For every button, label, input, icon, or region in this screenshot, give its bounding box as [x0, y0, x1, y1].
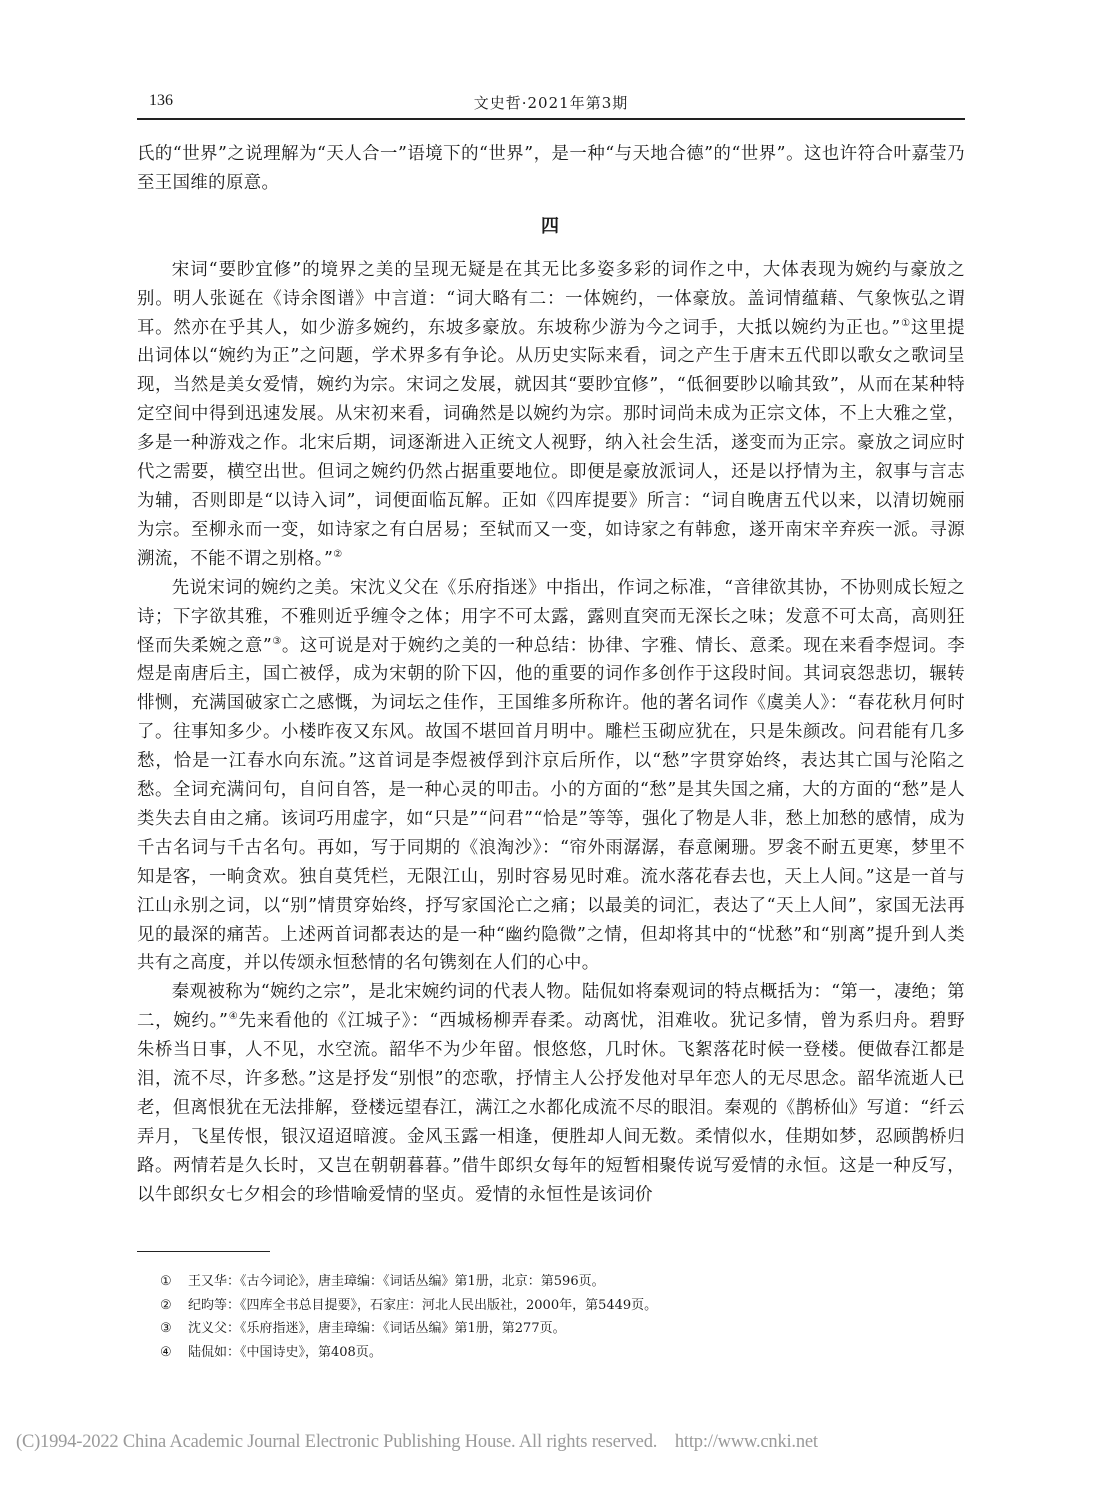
footnote-mark: ① — [160, 1270, 188, 1294]
footnote-ref-4[interactable]: ④ — [228, 1011, 238, 1022]
paragraph-1: 宋词“要眇宜修”的境界之美的呈现无疑是在其无比多姿多彩的词作之中，大体表现为婉约… — [137, 256, 965, 574]
footnote-mark: ② — [160, 1294, 188, 1318]
paragraph-text: 。这可说是对于婉约之美的一种总结：协律、字雅、情长、意柔。现在来看李煜词。李煜是… — [137, 636, 965, 974]
footnotes: ① 王又华：《古今词论》，唐圭璋编：《词话丛编》第1册，北京：第596页。 ② … — [160, 1270, 960, 1364]
running-head: 文史哲·2021年第3期 — [137, 92, 965, 113]
copyright-notice: (C)1994-2022 China Academic Journal Elec… — [16, 1432, 818, 1453]
section-heading: 四 — [137, 213, 965, 242]
footnote-1: ① 王又华：《古今词论》，唐圭璋编：《词话丛编》第1册，北京：第596页。 — [160, 1270, 960, 1294]
footnote-text: 王又华：《古今词论》，唐圭璋编：《词话丛编》第1册，北京：第596页。 — [188, 1270, 605, 1294]
paragraph-3: 秦观被称为“婉约之宗”，是北宋婉约词的代表人物。陆侃如将秦观词的特点概括为：“第… — [137, 978, 965, 1209]
paragraph-text: 先来看他的《江城子》：“西城杨柳弄春柔。动离忧，泪难收。犹记多情，曾为系归舟。碧… — [137, 1011, 965, 1204]
footnote-4: ④ 陆侃如：《中国诗史》，第408页。 — [160, 1341, 960, 1365]
article-body: 氏的“世界”之说理解为“天人合一”语境下的“世界”，是一种“与天地合德”的“世界… — [137, 140, 965, 1210]
footnote-ref-2[interactable]: ② — [333, 549, 342, 560]
opening-paragraph: 氏的“世界”之说理解为“天人合一”语境下的“世界”，是一种“与天地合德”的“世界… — [137, 140, 965, 198]
paragraph-text: 这里提出词体以“婉约为正”之问题，学术界多有争论。从历史实际来看，词之产生于唐末… — [137, 318, 965, 569]
footnote-3: ③ 沈义父：《乐府指迷》，唐圭璋编：《词话丛编》第1册，第277页。 — [160, 1317, 960, 1341]
copyright-text: (C)1994-2022 China Academic Journal Elec… — [16, 1432, 657, 1452]
footnote-2: ② 纪昀等：《四库全书总目提要》，石家庄：河北人民出版社，2000年，第5449… — [160, 1294, 960, 1318]
footnote-rule — [137, 1251, 270, 1252]
paragraph-text: 宋词“要眇宜修”的境界之美的呈现无疑是在其无比多姿多彩的词作之中，大体表现为婉约… — [137, 260, 965, 338]
footnote-mark: ④ — [160, 1341, 188, 1365]
footnote-ref-3[interactable]: ③ — [272, 636, 282, 647]
paragraph-2: 先说宋词的婉约之美。宋沈义父在《乐府指迷》中指出，作词之标准，“音律欲其协，不协… — [137, 574, 965, 979]
page-header: 136 文史哲·2021年第3期 — [137, 90, 965, 118]
footnote-text: 纪昀等：《四库全书总目提要》，石家庄：河北人民出版社，2000年，第5449页。 — [188, 1294, 657, 1318]
footnote-ref-1[interactable]: ① — [901, 318, 911, 329]
footnote-text: 陆侃如：《中国诗史》，第408页。 — [188, 1341, 382, 1365]
footnote-text: 沈义父：《乐府指迷》，唐圭璋编：《词话丛编》第1册，第277页。 — [188, 1317, 566, 1341]
header-rule — [137, 118, 965, 120]
copyright-url[interactable]: http://www.cnki.net — [675, 1432, 818, 1452]
footnote-mark: ③ — [160, 1317, 188, 1341]
